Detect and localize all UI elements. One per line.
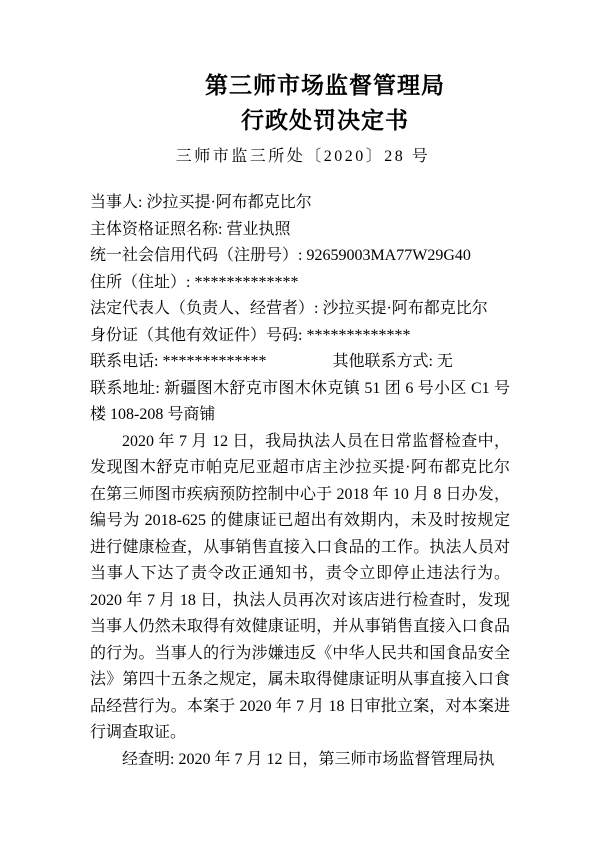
license-name-line: 主体资格证照名称: 营业执照 (90, 217, 510, 244)
title-agency: 第三师市场监督管理局 (25, 68, 600, 103)
paragraph-case-background: 2020 年 7 月 12 日，我局执法人员在日常监督检查中，发现图木舒克市帕克… (90, 429, 510, 747)
other-contact-field: 其他联系方式: 无 (332, 353, 452, 370)
document-title: 第三师市场监督管理局 行政处罚决定书 (25, 68, 600, 138)
paragraph-investigation: 经查明: 2020 年 7 月 12 日，第三师市场监督管理局执 (90, 747, 510, 774)
contact-line: 联系电话: *************其他联系方式: 无 (90, 349, 510, 376)
contact-address-line: 联系地址: 新疆图木舒克市图木休克镇 51 团 6 号小区 C1 号楼 108-… (90, 376, 510, 429)
title-document-type: 行政处罚决定书 (25, 103, 600, 138)
document-number: 三师市监三所处〔2020〕28 号 (3, 143, 600, 166)
party-name-line: 当事人: 沙拉买提·阿布都克比尔 (90, 190, 510, 217)
id-number-line: 身份证（其他有效证件）号码: ************* (90, 323, 510, 350)
residence-line: 住所（住址）: ************* (90, 270, 510, 297)
phone-field: 联系电话: ************* (90, 353, 266, 370)
legal-representative-line: 法定代表人（负责人、经营者）: 沙拉买提·阿布都克比尔 (90, 296, 510, 323)
credit-code-line: 统一社会信用代码（注册号）: 92659003MA77W29G40 (90, 243, 510, 270)
document-page: 第三师市场监督管理局 行政处罚决定书 三师市监三所处〔2020〕28 号 当事人… (0, 0, 600, 848)
document-body: 当事人: 沙拉买提·阿布都克比尔 主体资格证照名称: 营业执照 统一社会信用代码… (90, 190, 510, 773)
